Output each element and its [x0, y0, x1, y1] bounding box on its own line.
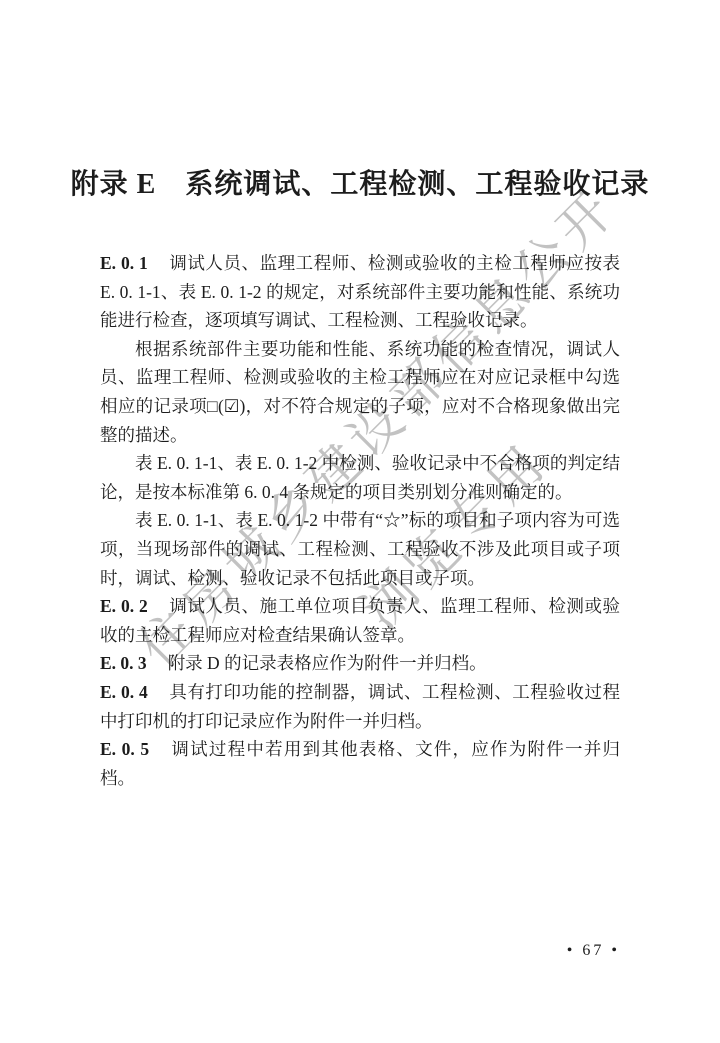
document-page: 住房城乡建设部信息公开 浏览专用 附录 E 系统调试、工程检测、工程验收记录 E… [0, 0, 720, 1043]
clause-e-0-3: E. 0. 3附录 D 的记录表格应作为附件一并归档。 [100, 649, 620, 678]
clause-text: 表 E. 0. 1-1、表 E. 0. 1-2 中带有“☆”标的项目和子项内容为… [100, 510, 620, 587]
clause-text: 表 E. 0. 1-1、表 E. 0. 1-2 中检测、验收记录中不合格项的判定… [100, 453, 620, 502]
document-body: E. 0. 1调试人员、监理工程师、检测或验收的主检工程师应按表 E. 0. 1… [100, 249, 620, 792]
clause-e-0-1: E. 0. 1调试人员、监理工程师、检测或验收的主检工程师应按表 E. 0. 1… [100, 249, 620, 335]
clause-number: E. 0. 1 [100, 253, 148, 273]
paragraph-judgement-note: 表 E. 0. 1-1、表 E. 0. 1-2 中检测、验收记录中不合格项的判定… [100, 449, 620, 506]
clause-number: E. 0. 2 [100, 596, 148, 616]
clause-number: E. 0. 3 [100, 653, 147, 673]
paragraph-checkbox-note: 根据系统部件主要功能和性能、系统功能的检查情况，调试人员、监理工程师、检测或验收… [100, 335, 620, 449]
appendix-title: 附录 E 系统调试、工程检测、工程验收记录 [0, 162, 720, 202]
page-number: • 67 • [567, 942, 620, 960]
clause-e-0-2: E. 0. 2调试人员、施工单位项目负责人、监理工程师、检测或验收的主检工程师应… [100, 592, 620, 649]
paragraph-optional-items-note: 表 E. 0. 1-1、表 E. 0. 1-2 中带有“☆”标的项目和子项内容为… [100, 506, 620, 592]
clause-e-0-4: E. 0. 4具有打印功能的控制器，调试、工程检测、工程验收过程中打印机的打印记… [100, 678, 620, 735]
clause-number: E. 0. 4 [100, 682, 148, 702]
clause-text: 调试过程中若用到其他表格、文件，应作为附件一并归档。 [100, 739, 620, 788]
clause-number: E. 0. 5 [100, 739, 149, 759]
clause-text: 具有打印功能的控制器，调试、工程检测、工程验收过程中打印机的打印记录应作为附件一… [100, 682, 620, 731]
clause-text: 根据系统部件主要功能和性能、系统功能的检查情况，调试人员、监理工程师、检测或验收… [100, 339, 620, 445]
clause-e-0-5: E. 0. 5调试过程中若用到其他表格、文件，应作为附件一并归档。 [100, 735, 620, 792]
clause-text: 调试人员、监理工程师、检测或验收的主检工程师应按表 E. 0. 1-1、表 E.… [100, 253, 620, 330]
clause-text: 调试人员、施工单位项目负责人、监理工程师、检测或验收的主检工程师应对检查结果确认… [100, 596, 620, 645]
clause-text: 附录 D 的记录表格应作为附件一并归档。 [168, 653, 487, 673]
